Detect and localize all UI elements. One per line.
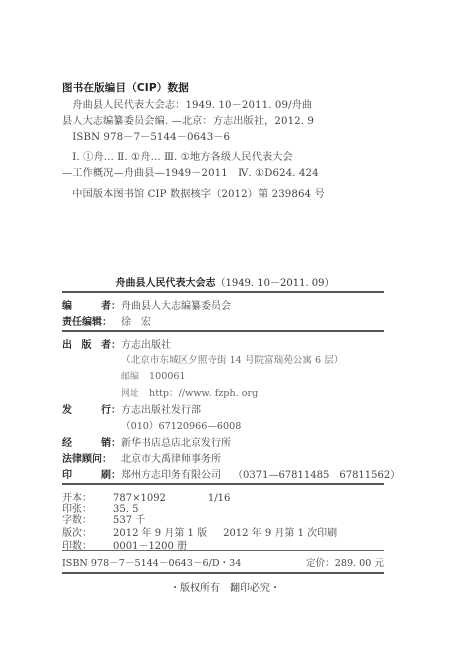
spec-edition-extra: 2012 年 9 月第 1 次印刷 <box>223 528 337 539</box>
publisher-label-3: 者： <box>101 336 121 351</box>
cip-line-record-number: 中国版本图书馆 CIP 数据核字（2012）第 239864 号 <box>62 185 325 200</box>
retail-label-2: 销： <box>101 434 121 449</box>
editor-row: 编者： 舟曲县人大志编纂委员会 <box>62 297 231 312</box>
website-value: http：//www. fzph. org <box>149 388 258 399</box>
postcode-label: 邮编 <box>121 372 139 382</box>
publisher-website-row: 网址http：//www. fzph. org <box>121 385 258 399</box>
printer-label-1: 印 <box>62 466 72 481</box>
book-title-name: 舟曲县人民代表大会志 <box>115 278 215 289</box>
cip-line-subjects: Ⅰ. ①舟… Ⅱ. ①舟… Ⅲ. ①地方各级人民代表大会 <box>62 148 293 163</box>
book-title: 舟曲县人民代表大会志（1949. 10－2011. 09） <box>0 274 450 289</box>
isbn-price-row: ISBN 978－7－5144－0643－6/D・34 定价：289. 00 元 <box>62 555 384 569</box>
publisher-row: 出版者： 方志出版社 <box>62 336 171 351</box>
legal-value: 北京市大禹律师事务所 <box>121 450 221 465</box>
editor-label-1: 编 <box>62 297 72 312</box>
retail-label-1: 经 <box>62 434 72 449</box>
legal-label: 法律顾问： <box>62 450 121 465</box>
publisher-label-2: 版 <box>82 336 92 351</box>
responsible-editor-value: 徐 宏 <box>121 313 151 328</box>
editor-value: 舟曲县人大志编纂委员会 <box>121 297 231 312</box>
postcode-value: 100061 <box>149 371 186 382</box>
spec-print-run: 印数：0001－1200 册 <box>62 537 187 552</box>
website-label: 网址 <box>121 389 139 399</box>
spec-print-run-label-2: 数： <box>72 537 92 552</box>
copyright-notice: ・版权所有 翻印必究・ <box>0 579 450 594</box>
spec-format-extra: 1/16 <box>208 493 230 504</box>
distribution-phone: （010）67120966—6008 <box>121 418 241 432</box>
responsible-editor-row: 责任编辑： 徐 宏 <box>62 313 151 328</box>
editor-label-2: 者： <box>101 297 121 312</box>
retail-row: 经销： 新华书店总店北京发行所 <box>62 434 231 449</box>
cip-line-classification: —工作概况—舟曲县—1949－2011 Ⅳ. ①D624. 424 <box>62 164 319 179</box>
divider-middle <box>62 330 384 332</box>
publisher-address: （北京市东城区夕照寺街 14 号院富瑞苑公寓 6 层） <box>121 352 343 366</box>
cip-heading: 图书在版编目（CIP）数据 <box>62 80 189 95</box>
distribution-label-1: 发 <box>62 401 72 416</box>
publisher-postcode-row: 邮编100061 <box>121 369 186 382</box>
cip-line-2: 县人大志编纂委员会编. —北京：方志出版社，2012. 9 <box>62 112 314 127</box>
distribution-label-2: 行： <box>101 401 121 416</box>
printer-row: 印刷： 郑州方志印务有限公司 （0371—67811485 67811562） <box>62 466 400 481</box>
spec-print-run-label-1: 印 <box>62 537 72 552</box>
price: 定价：289. 00 元 <box>306 555 384 569</box>
distribution-value: 方志出版社发行部 <box>121 401 201 416</box>
printer-label-2: 刷： <box>101 466 121 481</box>
printer-value: 郑州方志印务有限公司 <box>121 466 221 481</box>
publisher-label-1: 出 <box>62 336 72 351</box>
distribution-row: 发行： 方志出版社发行部 <box>62 401 201 416</box>
spec-print-run-value: 0001－1200 册 <box>113 541 187 552</box>
book-title-period: （1949. 10－2011. 09） <box>215 278 334 289</box>
retail-value: 新华书店总店北京发行所 <box>121 434 231 449</box>
isbn-full: ISBN 978－7－5144－0643－6/D・34 <box>62 555 241 569</box>
divider-isbn-bottom <box>62 572 384 574</box>
responsible-editor-label: 责任编辑： <box>62 313 121 328</box>
divider-top <box>62 291 384 293</box>
cip-line-isbn: ISBN 978－7－5144－0643－6 <box>62 128 230 143</box>
cip-line-1: 舟曲县人民代表大会志：1949. 10－2011. 09/舟曲 <box>62 96 312 111</box>
printer-phone: （0371—67811485 67811562） <box>233 466 400 481</box>
publisher-value: 方志出版社 <box>121 336 171 351</box>
divider-specs-top <box>62 483 384 485</box>
legal-row: 法律顾问： 北京市大禹律师事务所 <box>62 450 221 465</box>
